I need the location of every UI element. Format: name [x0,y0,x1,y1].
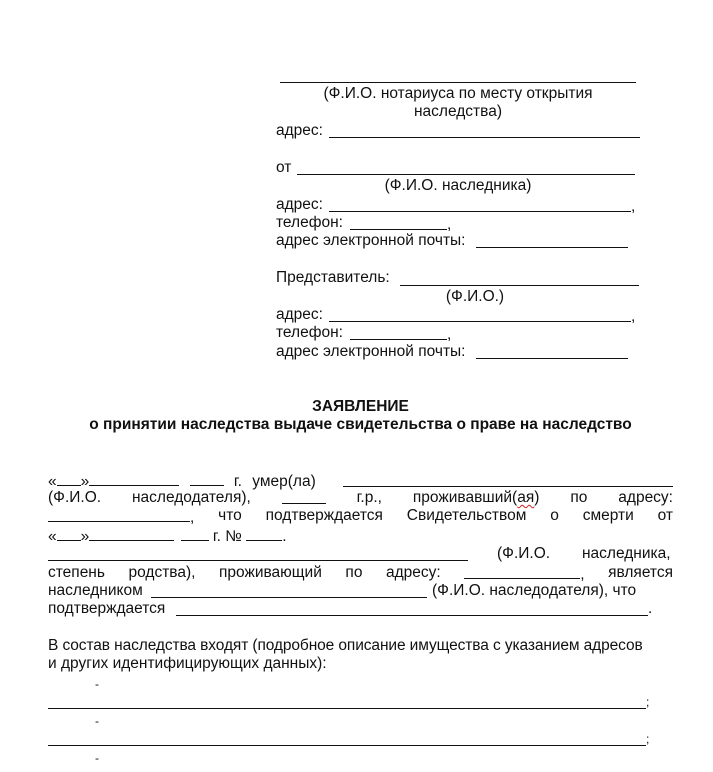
decedent-name-line[interactable] [343,486,673,487]
estate-item-2-end: ; [646,730,649,748]
notary-name-line[interactable] [280,82,636,83]
body-line-5-b: наследника, [582,545,671,563]
estate-item-1-line[interactable] [48,708,646,709]
decedent-address-blank[interactable] [48,507,190,522]
death-year-blank[interactable] [190,471,224,486]
estate-intro-1: В состав наследства входят (подробное оп… [48,637,643,655]
heir-residence-blank[interactable] [464,564,580,579]
confirmed-by-line[interactable] [176,615,648,616]
rep-phone-comma: , [447,326,451,344]
estate-item-2-bullet: - [95,712,99,730]
rep-phone-label: телефон: [276,324,343,342]
heir-name-relation-line[interactable] [48,560,468,561]
notary-caption-1: (Ф.И.О. нотариуса по месту открытия [280,85,636,103]
body-line-3: , что подтверждается Свидетельством о см… [48,507,673,527]
estate-item-1-end: ; [646,693,649,711]
body-line-7-a: наследником [48,582,143,600]
decedent-birth-year-blank[interactable] [282,489,326,504]
body-line-4: «» г. № . [48,526,287,546]
rep-address-label: адрес: [276,306,323,324]
certificate-day-blank[interactable] [57,526,81,541]
heir-address-line[interactable] [329,211,631,212]
representative-caption: (Ф.И.О.) [380,288,570,306]
rep-phone-line[interactable] [350,339,447,340]
estate-item-3-bullet: - [95,749,99,767]
heir-of-line[interactable] [151,597,427,598]
certificate-month-blank[interactable] [89,526,174,541]
body-line-5-a: (Ф.И.О. [497,545,550,563]
heir-address-label: адрес: [276,196,323,214]
body-line-6: степень родства), проживающий по адресу:… [48,564,673,584]
body-line-1: «» г. умер(ла) [48,471,316,491]
rep-address-comma: , [631,308,635,326]
from-label: от [276,159,291,177]
rep-email-label: адрес электронной почты: [276,343,466,361]
certificate-year-blank[interactable] [181,526,209,541]
body-line-7-b: (Ф.И.О. наследодателя), что [432,582,636,600]
representative-label: Представитель: [276,269,390,287]
death-month-blank[interactable] [89,471,179,486]
rep-email-line[interactable] [476,358,628,359]
notary-address-line[interactable] [329,137,640,138]
heir-name-line[interactable] [297,174,635,175]
notary-caption-2: наследства) [280,103,636,121]
body-line-8-dot: . [648,600,652,618]
heir-address-comma: , [631,198,635,216]
notary-address-label: адрес: [276,122,323,140]
heir-phone-line[interactable] [350,229,447,230]
heir-email-line[interactable] [476,247,628,248]
heir-caption: (Ф.И.О. наследника) [280,177,636,195]
heir-phone-label: телефон: [276,214,343,232]
death-day-blank[interactable] [57,471,81,486]
document-title: ЗАЯВЛЕНИЕ [0,398,713,416]
estate-item-2-line[interactable] [48,745,646,746]
document-subtitle: о принятии наследства выдаче свидетельст… [0,416,713,434]
rep-address-line[interactable] [329,321,631,322]
representative-name-line[interactable] [400,285,639,286]
estate-item-1-bullet: - [95,675,99,693]
body-line-8-a: подтверждается [48,600,165,618]
certificate-number-blank[interactable] [246,526,282,541]
body-line-2: (Ф.И.О. наследодателя), г.р., проживавши… [48,489,673,507]
heir-email-label: адрес электронной почты: [276,232,466,250]
estate-intro-2: и других идентифицирующих данных): [48,655,327,673]
